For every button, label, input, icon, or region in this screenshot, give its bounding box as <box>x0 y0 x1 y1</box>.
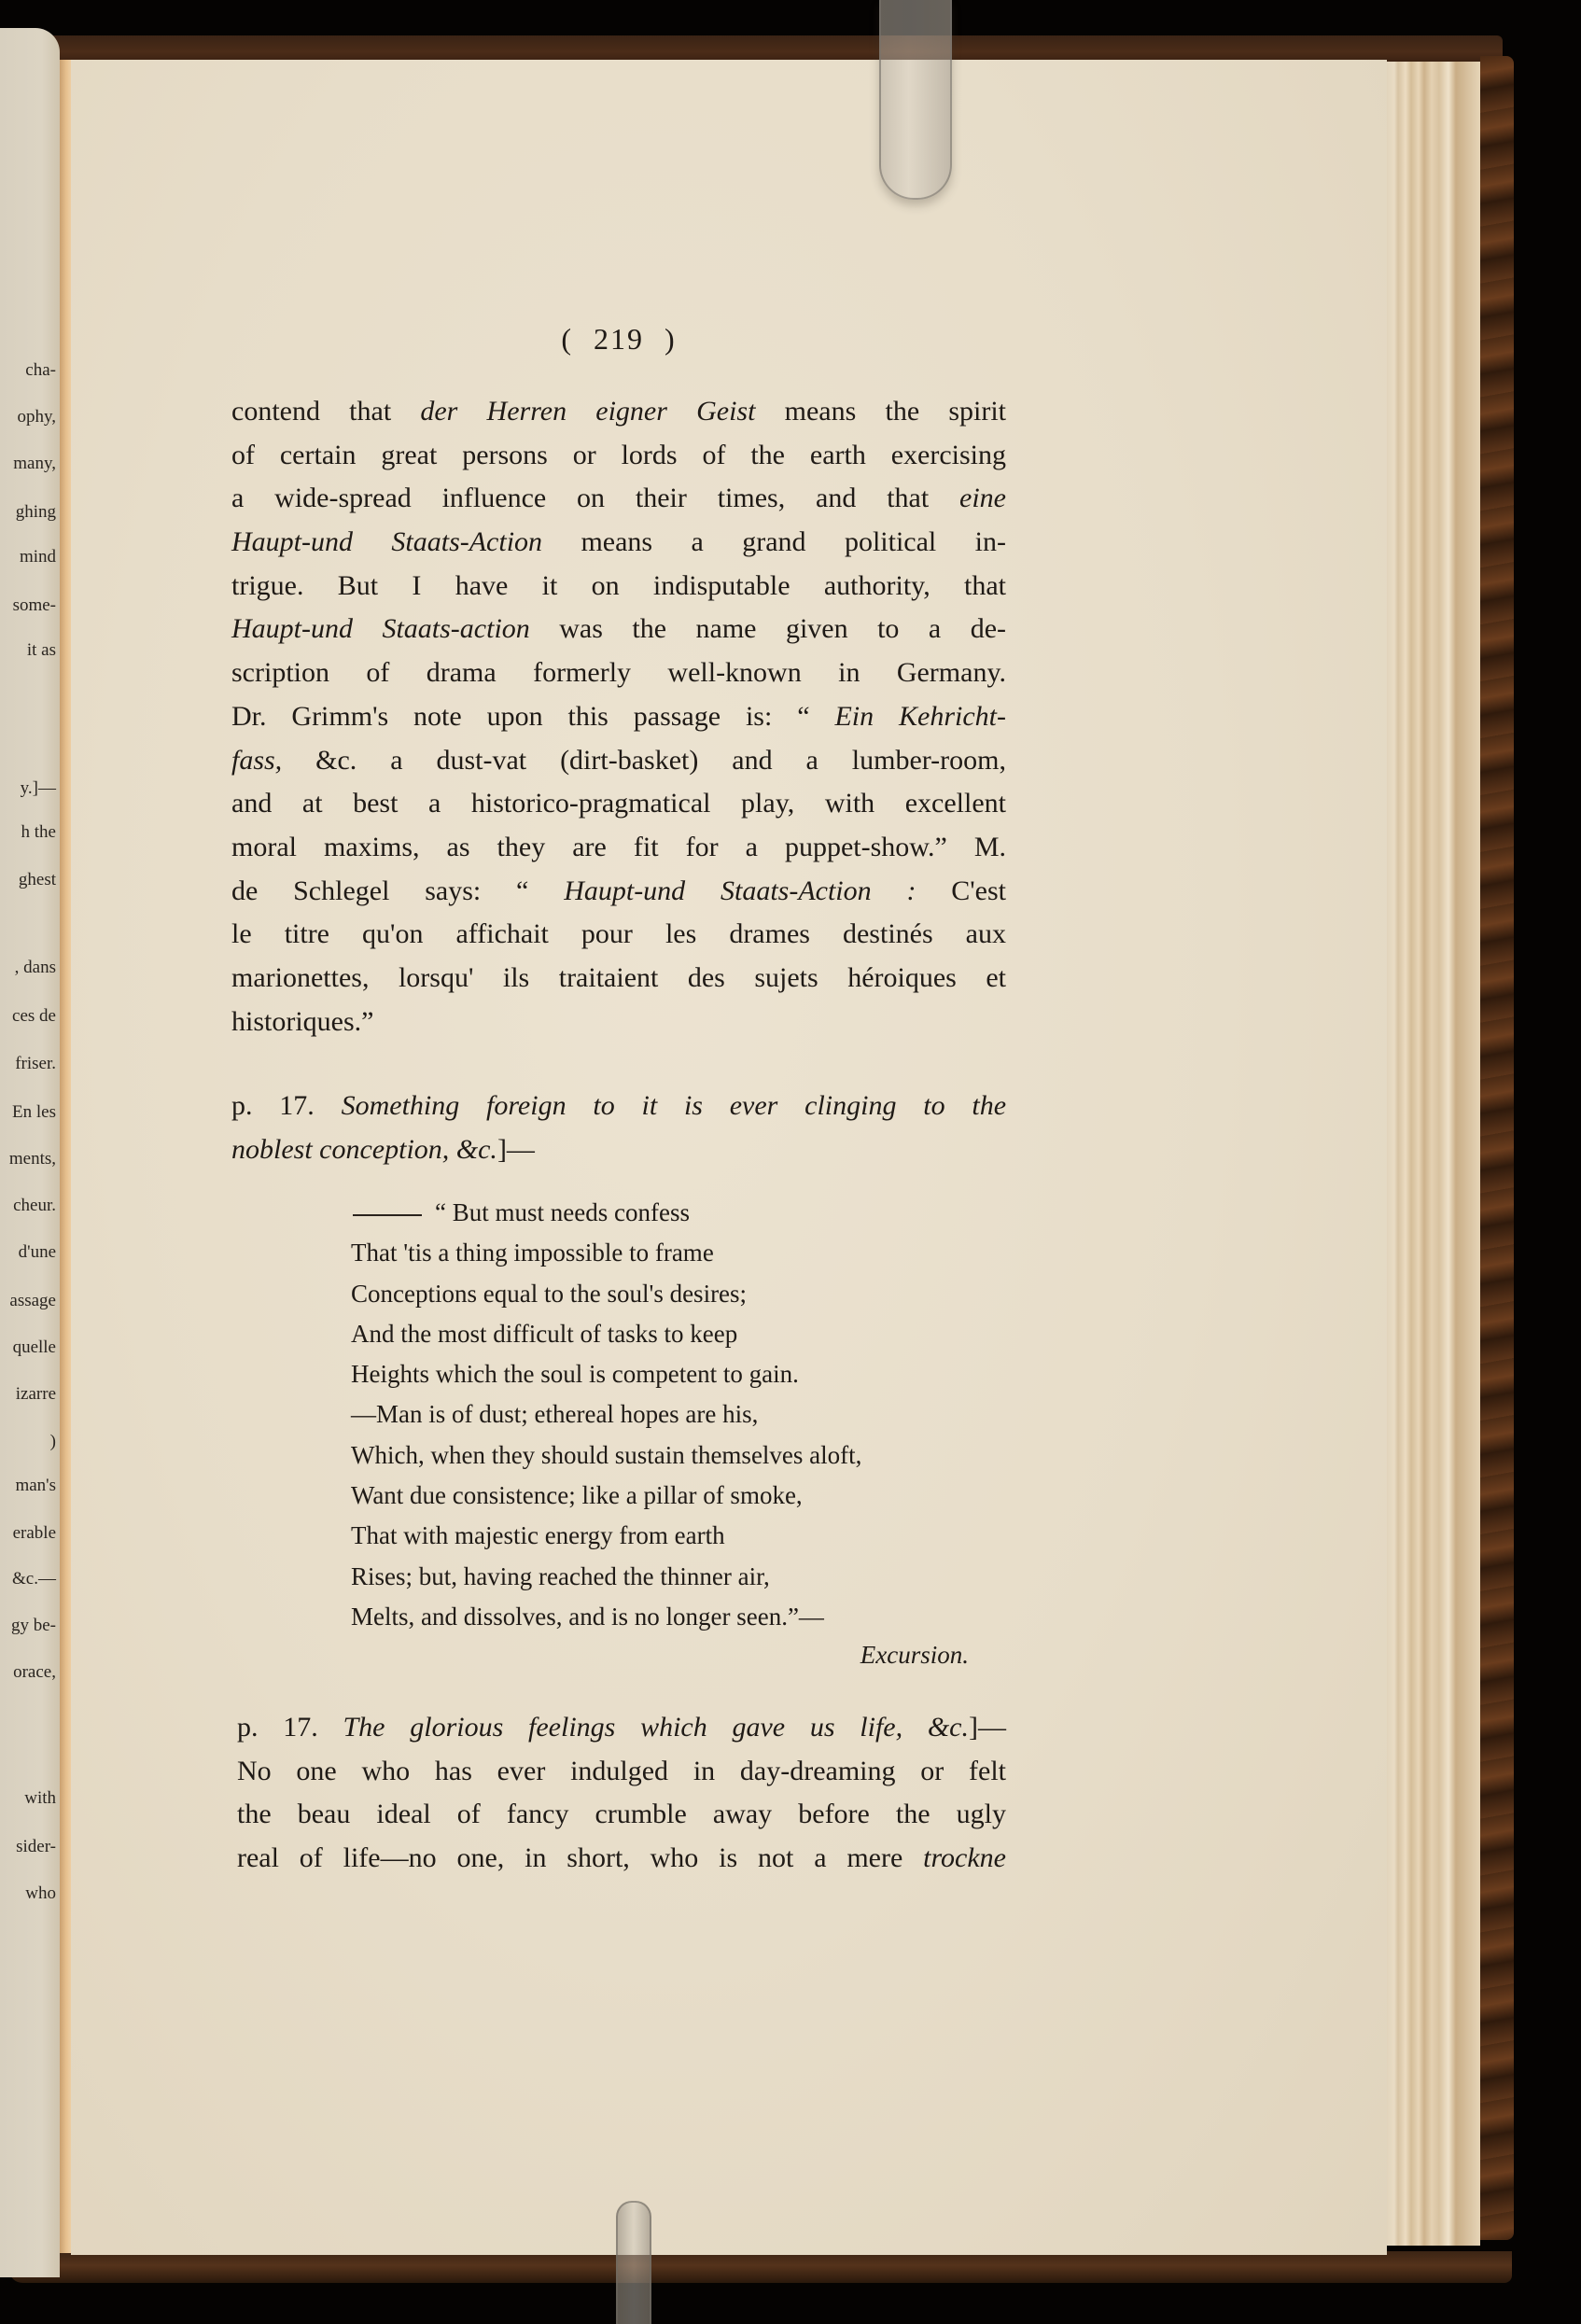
text-run: Dr. Grimm's note upon this passage is: “ <box>231 701 834 732</box>
verse-text: That with majestic energy from earth <box>351 1521 725 1549</box>
book-cover-bottom-edge <box>9 2251 1512 2283</box>
verse-line: —Man is of dust; ethereal hopes are his, <box>351 1394 892 1435</box>
note-lemma: The glorious feelings which gave us life… <box>343 1712 970 1743</box>
left-page-text-fragment: sider- <box>16 1837 56 1857</box>
italic-phrase: Haupt-und Staats-Action <box>231 526 542 557</box>
italic-phrase: der Herren eigner Geist <box>420 396 755 427</box>
note-p17-something-foreign: p. 17. Something foreign to it is ever c… <box>231 1085 1006 1171</box>
book-scan: cha-ophy,many,ghingmindsome-it asy.]—h t… <box>0 0 1581 2324</box>
left-page-text-fragment: En les <box>12 1102 56 1123</box>
text-run: and at best a historico-pragmatical play… <box>231 788 1006 819</box>
italic-phrase: Ein Kehricht- <box>834 701 1006 732</box>
verse-line: That with majestic energy from earth <box>351 1516 892 1556</box>
verse-text: Heights which the soul is competent to g… <box>351 1360 799 1388</box>
note-close: ]— <box>969 1712 1006 1743</box>
left-page-text-fragment: orace, <box>13 1662 56 1683</box>
text-line: de Schlegel says: “ Haupt-und Staats-Act… <box>231 870 1006 914</box>
text-line: of certain great persons or lords of the… <box>231 434 1006 478</box>
text-run: the beau ideal of fancy crumble away bef… <box>237 1799 1006 1829</box>
verse-line: Rises; but, having reached the thinner a… <box>351 1557 892 1597</box>
book-cover-right-edge <box>1480 56 1514 2240</box>
note-line: noblest conception, &c.]— <box>231 1128 1006 1172</box>
left-page-text-fragment: it as <box>27 640 56 661</box>
left-page-text-fragment: ments, <box>9 1149 56 1169</box>
text-line: le titre qu'on affichait pour les drames… <box>231 913 1006 957</box>
left-page-text-fragment: d'une <box>19 1242 56 1263</box>
text-run: means a grand political in- <box>542 526 1006 557</box>
text-run: historiques.” <box>231 1006 373 1037</box>
text-line: No one who has ever indulged in day-drea… <box>237 1750 1006 1794</box>
left-page-text-fragment: ) <box>50 1432 56 1452</box>
text-run: moral maxims, as they are fit for a pupp… <box>231 832 1006 862</box>
text-line: Haupt-und Staats-Action means a grand po… <box>231 521 1006 565</box>
note-ref: p. 17. <box>237 1712 318 1743</box>
left-page-text-fragment: y.]— <box>21 778 56 799</box>
text-line: contend that der Herren eigner Geist mea… <box>231 390 1006 434</box>
note-line: p. 17. Something foreign to it is ever c… <box>231 1085 1006 1128</box>
header-paren-left: ( <box>561 322 573 356</box>
text-line: historiques.” <box>231 1001 1006 1044</box>
italic-phrase: eine <box>959 483 1006 513</box>
verse-text: Conceptions equal to the soul's desires; <box>351 1280 747 1308</box>
text-run: marionettes, lorsqu' ils traitaient des … <box>231 962 1006 993</box>
left-page-sliver: cha-ophy,many,ghingmindsome-it asy.]—h t… <box>0 28 60 2277</box>
text-line: trigue. But I have it on indisputable au… <box>231 565 1006 609</box>
text-line: moral maxims, as they are fit for a pupp… <box>231 826 1006 870</box>
left-page-text-fragment: man's <box>15 1476 56 1496</box>
verse-line: “ But must needs confess <box>351 1193 892 1233</box>
left-page-text-fragment: gy be- <box>11 1616 56 1636</box>
verse-text: Want due consistence; like a pillar of s… <box>351 1481 803 1509</box>
verse-text: That 'tis a thing impossible to frame <box>351 1239 714 1267</box>
left-page-text-fragment: ces de <box>12 1006 56 1027</box>
left-page-text-fragment: cha- <box>25 360 56 381</box>
text-run: a wide-spread influence on their times, … <box>231 483 959 513</box>
text-run: &c. a dust-vat (dirt-basket) and a lumbe… <box>282 745 1006 776</box>
left-page-text-fragment: mind <box>20 547 56 567</box>
page-header: (219) <box>231 317 1006 361</box>
text-run: was the name given to a de- <box>530 613 1006 644</box>
binder-clip-bottom <box>616 2201 651 2324</box>
text-line: Haupt-und Staats-action was the name giv… <box>231 608 1006 651</box>
verse-line: Which, when they should sustain themselv… <box>351 1435 892 1476</box>
left-page-text-fragment: many, <box>13 454 56 474</box>
text-run: real of life—no one, in short, who is no… <box>237 1842 923 1873</box>
text-line: fass, &c. a dust-vat (dirt-basket) and a… <box>231 739 1006 783</box>
note-ref: p. 17. <box>231 1090 315 1121</box>
verse-line: Conceptions equal to the soul's desires; <box>351 1274 892 1314</box>
left-page-text-fragment: who <box>25 1883 56 1904</box>
text-line: scription of drama formerly well-known i… <box>231 651 1006 695</box>
verse-line: Melts, and dissolves, and is no longer s… <box>351 1597 892 1637</box>
verse-text: —Man is of dust; ethereal hopes are his, <box>351 1400 758 1428</box>
verse-line: Heights which the soul is competent to g… <box>351 1354 892 1394</box>
left-page-text-fragment: izarre <box>16 1384 56 1405</box>
left-page-text-fragment: &c.— <box>12 1569 56 1589</box>
verse-text: And the most difficult of tasks to keep <box>351 1320 737 1348</box>
left-page-text-fragment: friser. <box>15 1054 56 1074</box>
italic-phrase: fass, <box>231 745 282 776</box>
left-page-text-fragment: some- <box>13 595 56 616</box>
italic-phrase: Haupt-und Staats-Action : <box>564 875 916 906</box>
text-run: contend that <box>231 396 420 427</box>
verse-text: Melts, and dissolves, and is no longer s… <box>351 1603 824 1631</box>
verse-line: Want due consistence; like a pillar of s… <box>351 1476 892 1516</box>
left-page-text-fragment: cheur. <box>13 1196 56 1216</box>
dash-rule <box>353 1214 422 1216</box>
text-run: No one who has ever indulged in day-drea… <box>237 1756 1006 1786</box>
text-run: de Schlegel says: “ <box>231 875 564 906</box>
header-paren-right: ) <box>665 322 677 356</box>
page-number: 219 <box>594 317 644 361</box>
note-lemma: noblest conception, &c. <box>231 1134 497 1165</box>
page-fore-edge <box>1387 62 1480 2246</box>
text-line: marionettes, lorsqu' ils traitaient des … <box>231 957 1006 1001</box>
verse-text: Rises; but, having reached the thinner a… <box>351 1562 770 1590</box>
verse-quotation: “ But must needs confessThat 'tis a thin… <box>351 1193 892 1637</box>
italic-phrase: Haupt-und Staats-action <box>231 613 530 644</box>
verse-text: “ But must needs confess <box>435 1198 690 1226</box>
left-page-text-fragment: quelle <box>13 1337 56 1358</box>
text-run: means the spirit <box>755 396 1006 427</box>
note-close: ]— <box>497 1134 535 1165</box>
left-page-text-fragment: ghing <box>16 502 56 523</box>
left-page-text-fragment: erable <box>13 1523 56 1544</box>
italic-phrase: trockne <box>923 1842 1006 1873</box>
text-run: trigue. But I have it on indisputable au… <box>231 570 1006 601</box>
text-line: a wide-spread influence on their times, … <box>231 477 1006 521</box>
verse-attribution: Excursion. <box>231 1633 969 1677</box>
left-page-text-fragment: assage <box>9 1291 56 1311</box>
left-page-text-fragment: ghest <box>19 870 56 890</box>
left-page-text-fragment: with <box>24 1788 56 1809</box>
verse-line: And the most difficult of tasks to keep <box>351 1314 892 1354</box>
verse-text: Which, when they should sustain themselv… <box>351 1441 861 1469</box>
text-line: real of life—no one, in short, who is no… <box>237 1837 1006 1881</box>
left-page-text-fragment: h the <box>21 822 56 843</box>
text-run: scription of drama formerly well-known i… <box>231 657 1006 688</box>
note-line: p. 17. The glorious feelings which gave … <box>237 1706 1006 1750</box>
text-run: of certain great persons or lords of the… <box>231 440 1006 470</box>
text-line: Dr. Grimm's note upon this passage is: “… <box>231 695 1006 739</box>
text-line: and at best a historico-pragmatical play… <box>231 782 1006 826</box>
note-p17-glorious-feelings: p. 17. The glorious feelings which gave … <box>237 1706 1006 1881</box>
left-page-text-fragment: ophy, <box>17 407 56 427</box>
text-line: the beau ideal of fancy crumble away bef… <box>237 1793 1006 1837</box>
text-run: le titre qu'on affichait pour les drames… <box>231 918 1006 949</box>
left-page-text-fragment: , dans <box>15 958 56 978</box>
binder-clip-top <box>879 0 952 200</box>
note-lemma: Something foreign to it is ever clinging… <box>342 1090 1006 1121</box>
paragraph-continued: contend that der Herren eigner Geist mea… <box>231 390 1006 1043</box>
text-run: C'est <box>916 875 1006 906</box>
verse-line: That 'tis a thing impossible to frame <box>351 1233 892 1273</box>
